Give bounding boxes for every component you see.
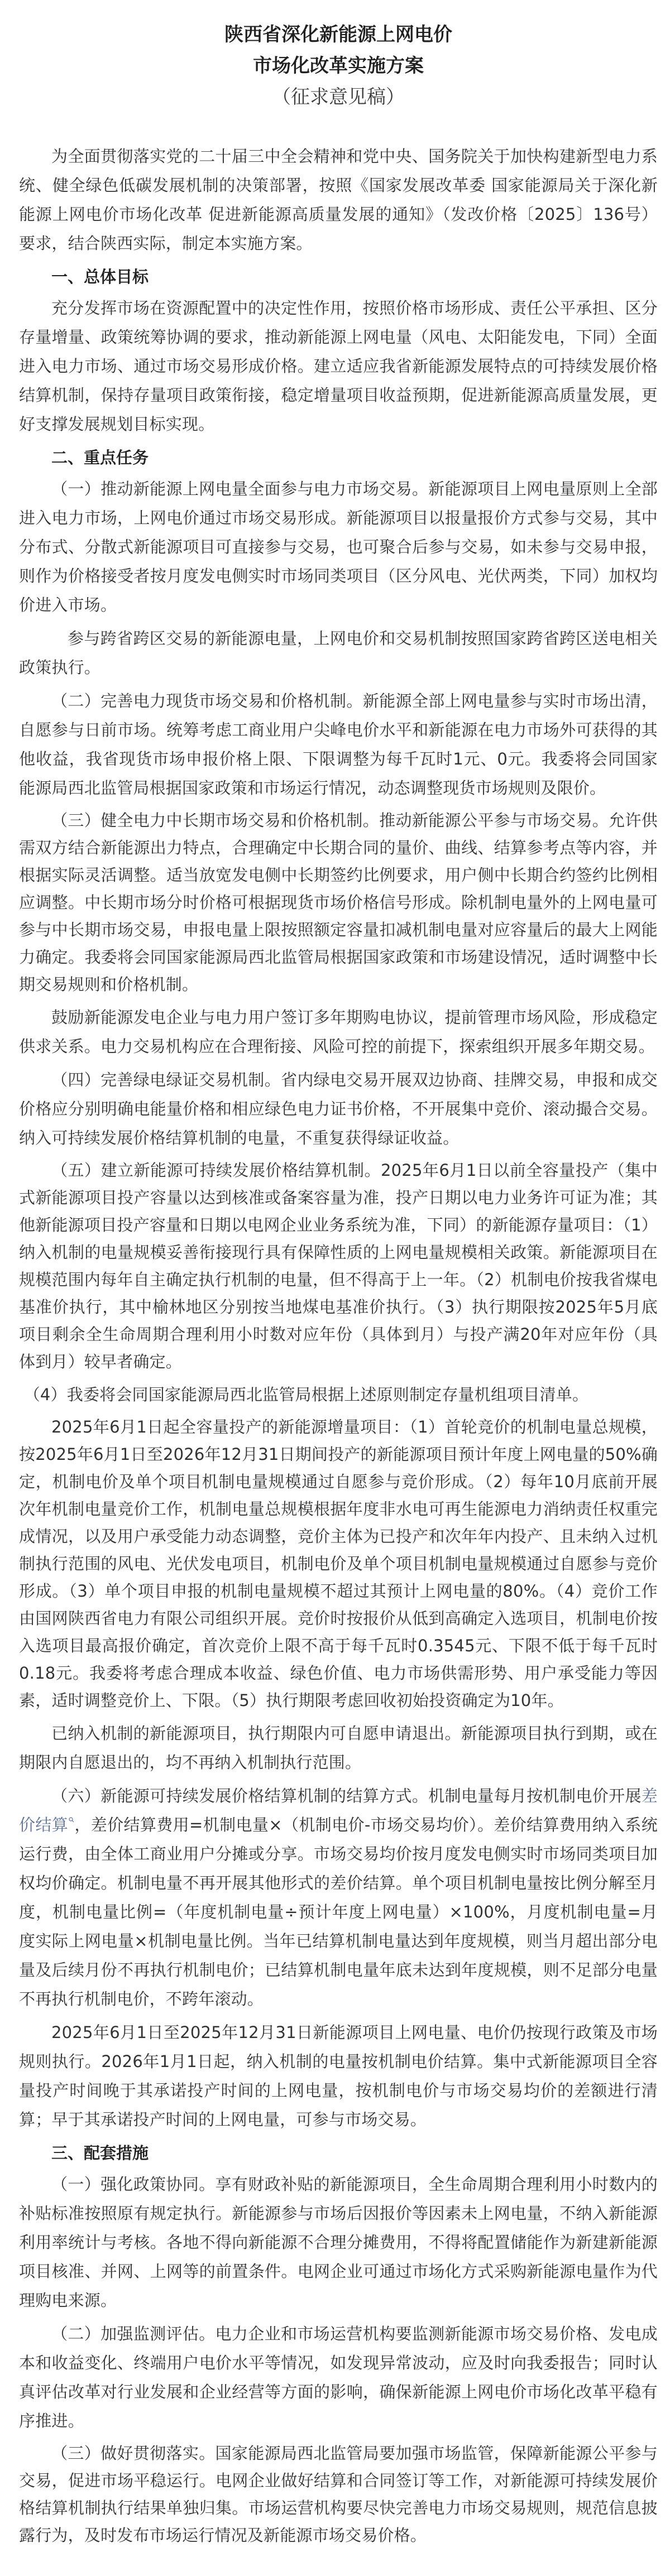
paragraph: 已纳入机制的新能源项目，执行期限内可自愿申请退出。新能源项目执行到期，或在期限内… — [19, 1719, 658, 1777]
settlement-text-before-link: （六）新能源可持续发展价格结算机制的结算方式。机制电量每月按机制电价开展 — [51, 1786, 642, 1805]
settlement-paragraph: （六）新能源可持续发展价格结算机制的结算方式。机制电量每月按机制电价开展差价结算… — [19, 1781, 658, 2013]
document-subtitle: （征求意见稿） — [19, 81, 658, 113]
paragraph: （一）推动新能源上网电量全面参与电力市场交易。新能源项目上网电量原则上全部进入电… — [19, 474, 658, 619]
document-title-line-2: 市场化改革实施方案 — [19, 50, 658, 81]
paragraph: 充分发挥市场在资源配置中的决定性作用，按照价格市场形成、责任公平承担、区分存量增… — [19, 294, 658, 439]
settlement-text-after-link: ，差价结算费用=机制电量×（机制电价-市场交易均价）。差价结算费用纳入系统运行费… — [19, 1815, 658, 2008]
document-page: 陕西省深化新能源上网电价 市场化改革实施方案 （征求意见稿） 为全面贯彻落实党的… — [0, 0, 670, 2576]
paragraph: （三）健全电力中长期市场交易和价格机制。推动新能源公平参与市场交易。允许供需双方… — [19, 807, 658, 998]
section-heading-key-tasks: 二、重点任务 — [19, 443, 658, 472]
document-title-line-1: 陕西省深化新能源上网电价 — [19, 19, 658, 50]
paragraph: （一）强化政策协同。享有财政补贴的新能源项目，全生命周期合理利用小时数内的补贴标… — [19, 2170, 658, 2315]
intro-paragraph: 为全面贯彻落实党的二十届三中全会精神和党中央、国务院关于加快构建新型电力系统、健… — [19, 142, 658, 258]
paragraph: 鼓励新能源发电企业与电力用户签订多年期购电协议，提前管理市场风险，形成稳定供求关… — [19, 1003, 658, 1061]
paragraph: （四）完善绿电绿证交易机制。省内绿电交易开展双边协商、挂牌交易，申报和成交价格应… — [19, 1065, 658, 1152]
section-heading-overall-goal: 一、总体目标 — [19, 262, 658, 291]
paragraph: （二）完善电力现货市场交易和价格机制。新能源全部上网电量参与实时市场出清，自愿参… — [19, 686, 658, 802]
section-heading-supporting-measures: 三、配套措施 — [19, 2138, 658, 2168]
paragraph: （五）建立新能源可持续发展价格结算机制。2025年6月1日以前全容量投产（集中式… — [19, 1157, 658, 1376]
paragraph: （二）加强监测评估。电力企业和市场运营机构要监测新能源市场交易价格、发电成本和收… — [19, 2319, 658, 2435]
search-icon[interactable] — [69, 1817, 74, 1823]
paragraph: （4）我委将会同国家能源局西北监管局根据上述原则制定存量机组项目清单。 — [19, 1380, 658, 1409]
paragraph: 参与跨省跨区交易的新能源电量，上网电价和交易机制按照国家跨省跨区送电相关政策执行… — [19, 624, 658, 682]
paragraph: （三）做好贯彻落实。国家能源局西北监管局要加强市场监管，保障新能源公平参与交易，… — [19, 2440, 658, 2549]
paragraph: 2025年6月1日起全容量投产的新能源增量项目：（1）首轮竞价的机制电量总规模，… — [19, 1414, 658, 1714]
transition-paragraph: 2025年6月1日至2025年12月31日新能源项目上网电量、电价仍按现行政策及… — [19, 2018, 658, 2134]
